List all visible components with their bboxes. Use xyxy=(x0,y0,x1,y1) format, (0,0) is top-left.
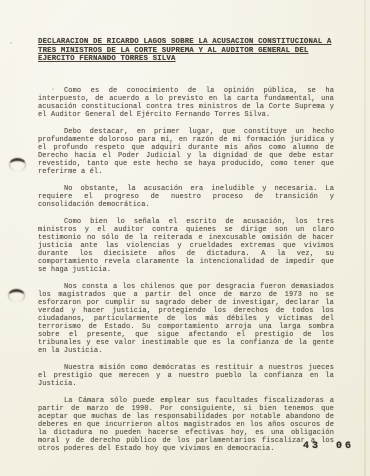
document-title: DECLARACION DE RICARDO LAGOS SOBRE LA AC… xyxy=(38,38,334,64)
scanned-document-page: DECLARACION DE RICARDO LAGOS SOBRE LA AC… xyxy=(0,0,370,476)
paragraph: Como bien lo señala el escrito de acusac… xyxy=(38,218,334,275)
document-content: DECLARACION DE RICARDO LAGOS SOBRE LA AC… xyxy=(38,38,334,462)
page-edge-line xyxy=(364,0,366,476)
paragraph: Nuestra misión como demócratas es restit… xyxy=(38,364,334,388)
paragraph: No obstante, la acusación era ineludible… xyxy=(38,185,334,209)
hole-punch-shadow-bottom xyxy=(8,289,25,302)
paragraph: Debo destacar, en primer lugar, que cons… xyxy=(38,128,334,177)
scan-speck xyxy=(10,42,12,44)
page-number-stamp: 43 06 xyxy=(303,441,354,452)
paragraph: Nos consta a los chilenos que por desgra… xyxy=(38,283,334,356)
hole-punch-shadow-top xyxy=(9,158,26,171)
paragraph: La Cámara sólo puede emplear sus faculta… xyxy=(38,397,334,454)
paragraph: Como es de conocimiento de la opinión pú… xyxy=(38,87,334,119)
document-body: Como es de conocimiento de la opinión pú… xyxy=(38,87,334,454)
